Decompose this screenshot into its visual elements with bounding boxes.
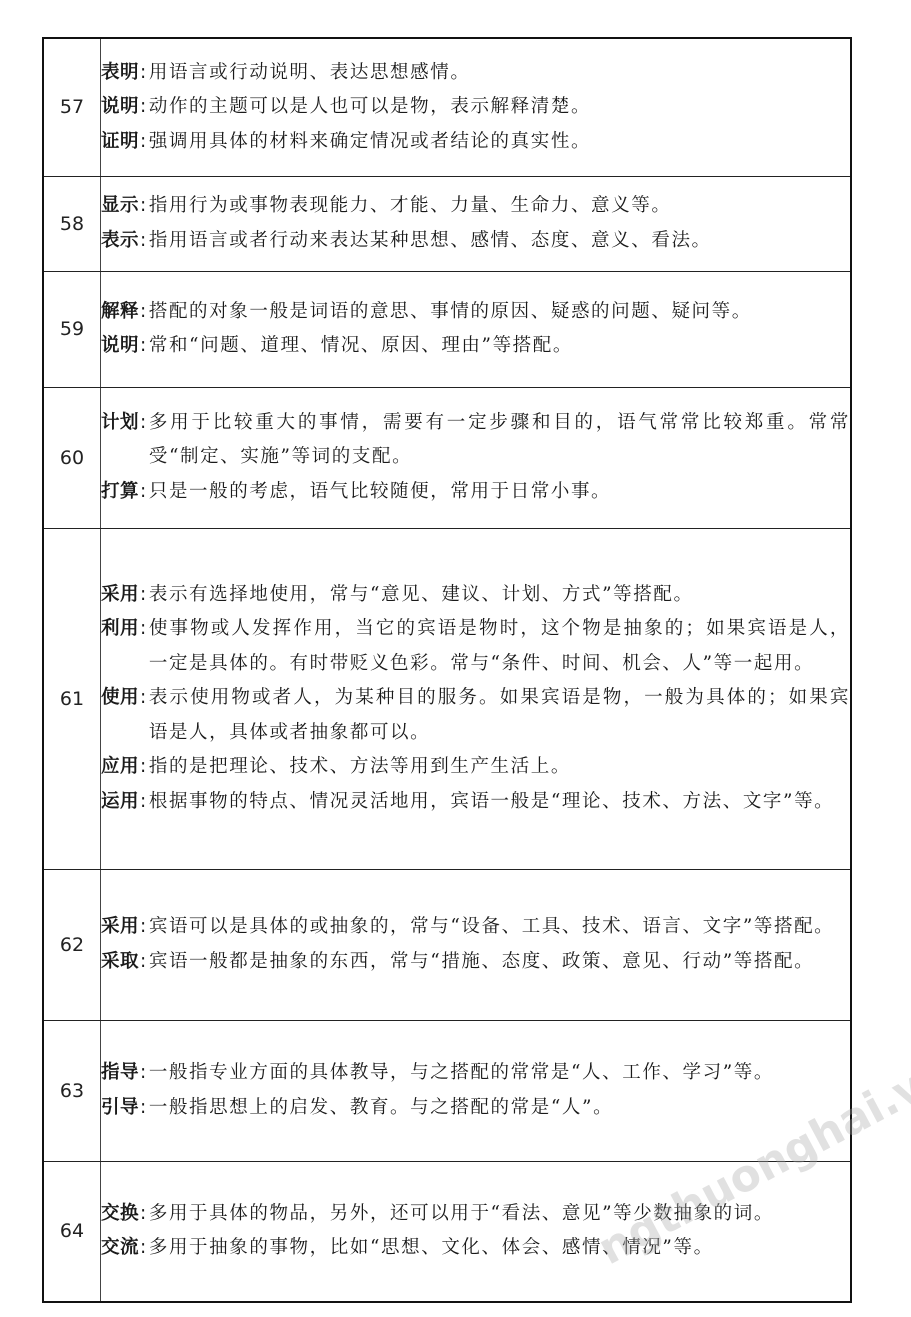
term-separator: : xyxy=(139,1197,149,1232)
table-row: 59 解释:搭配的对象一般是词语的意思、事情的原因、疑惑的问题、疑问等。 说明:… xyxy=(43,271,851,387)
word-entry: 计划:多用于比较重大的事情，需要有一定步骤和目的，语气常常比较郑重。常常受“制定… xyxy=(101,406,850,475)
word-definition: 动作的主题可以是人也可以是物，表示解释清楚。 xyxy=(149,90,850,125)
row-content: 采用:宾语可以是具体的或抽象的，常与“设备、工具、技术、语言、文字”等搭配。 采… xyxy=(101,869,852,1020)
word-term: 打算 xyxy=(101,475,139,510)
word-entry: 解释:搭配的对象一般是词语的意思、事情的原因、疑惑的问题、疑问等。 xyxy=(101,295,850,330)
term-separator: : xyxy=(139,910,149,945)
word-term: 采取 xyxy=(101,945,139,980)
word-entry: 使用:表示使用物或者人，为某种目的服务。如果宾语是物，一般为具体的；如果宾语是人… xyxy=(101,681,850,750)
row-content: 显示:指用行为或事物表现能力、才能、力量、生命力、意义等。 表示:指用语言或者行… xyxy=(101,176,852,271)
word-entry: 打算:只是一般的考虑，语气比较随便，常用于日常小事。 xyxy=(101,475,850,510)
word-definition: 用语言或行动说明、表达思想感情。 xyxy=(149,56,850,91)
word-entry: 采取:宾语一般都是抽象的东西，常与“措施、态度、政策、意见、行动”等搭配。 xyxy=(101,945,850,980)
word-entry: 表明:用语言或行动说明、表达思想感情。 xyxy=(101,56,850,91)
term-separator: : xyxy=(139,1231,149,1266)
word-comparison-table: 57 表明:用语言或行动说明、表达思想感情。 说明:动作的主题可以是人也可以是物… xyxy=(42,37,852,1303)
word-entry: 说明:常和“问题、道理、情况、原因、理由”等搭配。 xyxy=(101,329,850,364)
word-term: 交换 xyxy=(101,1197,139,1232)
table-row: 62 采用:宾语可以是具体的或抽象的，常与“设备、工具、技术、语言、文字”等搭配… xyxy=(43,869,851,1020)
word-definition: 使事物或人发挥作用，当它的宾语是物时，这个物是抽象的；如果宾语是人，一定是具体的… xyxy=(149,612,850,681)
term-separator: : xyxy=(139,224,149,259)
word-definition: 一般指思想上的启发、教育。与之搭配的常是“人”。 xyxy=(149,1091,850,1126)
term-separator: : xyxy=(139,945,149,980)
word-definition: 多用于具体的物品，另外，还可以用于“看法、意见”等少数抽象的词。 xyxy=(149,1197,850,1232)
word-definition: 根据事物的特点、情况灵活地用，宾语一般是“理论、技术、方法、文字”等。 xyxy=(149,785,850,820)
word-definition: 多用于比较重大的事情，需要有一定步骤和目的，语气常常比较郑重。常常受“制定、实施… xyxy=(149,406,850,475)
term-separator: : xyxy=(139,406,149,441)
term-separator: : xyxy=(139,578,149,613)
word-definition: 表示使用物或者人，为某种目的服务。如果宾语是物，一般为具体的；如果宾语是人，具体… xyxy=(149,681,850,750)
term-separator: : xyxy=(139,189,149,224)
row-number: 62 xyxy=(43,869,101,1020)
word-entry: 证明:强调用具体的材料来确定情况或者结论的真实性。 xyxy=(101,125,850,160)
term-separator: : xyxy=(139,1091,149,1126)
row-number: 57 xyxy=(43,38,101,176)
word-term: 证明 xyxy=(101,125,139,160)
word-term: 利用 xyxy=(101,612,139,647)
word-term: 引导 xyxy=(101,1091,139,1126)
row-content: 解释:搭配的对象一般是词语的意思、事情的原因、疑惑的问题、疑问等。 说明:常和“… xyxy=(101,271,852,387)
word-entry: 交换:多用于具体的物品，另外，还可以用于“看法、意见”等少数抽象的词。 xyxy=(101,1197,850,1232)
word-term: 说明 xyxy=(101,329,139,364)
term-separator: : xyxy=(139,1056,149,1091)
table-body: 57 表明:用语言或行动说明、表达思想感情。 说明:动作的主题可以是人也可以是物… xyxy=(43,38,851,1302)
row-content: 交换:多用于具体的物品，另外，还可以用于“看法、意见”等少数抽象的词。 交流:多… xyxy=(101,1161,852,1302)
word-term: 表明 xyxy=(101,56,139,91)
row-content: 表明:用语言或行动说明、表达思想感情。 说明:动作的主题可以是人也可以是物，表示… xyxy=(101,38,852,176)
word-definition: 指用行为或事物表现能力、才能、力量、生命力、意义等。 xyxy=(149,189,850,224)
word-definition: 指的是把理论、技术、方法等用到生产生活上。 xyxy=(149,750,850,785)
row-number: 64 xyxy=(43,1161,101,1302)
word-entry: 指导:一般指专业方面的具体教导，与之搭配的常常是“人、工作、学习”等。 xyxy=(101,1056,850,1091)
word-entry: 采用:表示有选择地使用，常与“意见、建议、计划、方式”等搭配。 xyxy=(101,578,850,613)
word-term: 使用 xyxy=(101,681,139,716)
word-entry: 运用:根据事物的特点、情况灵活地用，宾语一般是“理论、技术、方法、文字”等。 xyxy=(101,785,850,820)
word-term: 应用 xyxy=(101,750,139,785)
term-separator: : xyxy=(139,612,149,647)
term-separator: : xyxy=(139,125,149,160)
word-term: 表示 xyxy=(101,224,139,259)
term-separator: : xyxy=(139,475,149,510)
row-number: 59 xyxy=(43,271,101,387)
row-number: 63 xyxy=(43,1020,101,1161)
word-entry: 引导:一般指思想上的启发、教育。与之搭配的常是“人”。 xyxy=(101,1091,850,1126)
word-term: 采用 xyxy=(101,910,139,945)
term-separator: : xyxy=(139,295,149,330)
table-row: 60 计划:多用于比较重大的事情，需要有一定步骤和目的，语气常常比较郑重。常常受… xyxy=(43,387,851,528)
term-separator: : xyxy=(139,90,149,125)
word-definition: 常和“问题、道理、情况、原因、理由”等搭配。 xyxy=(149,329,850,364)
word-definition: 指用语言或者行动来表达某种思想、感情、态度、意义、看法。 xyxy=(149,224,850,259)
term-separator: : xyxy=(139,750,149,785)
word-definition: 一般指专业方面的具体教导，与之搭配的常常是“人、工作、学习”等。 xyxy=(149,1056,850,1091)
word-term: 采用 xyxy=(101,578,139,613)
table-row: 64 交换:多用于具体的物品，另外，还可以用于“看法、意见”等少数抽象的词。 交… xyxy=(43,1161,851,1302)
word-term: 说明 xyxy=(101,90,139,125)
row-number: 60 xyxy=(43,387,101,528)
table-row: 58 显示:指用行为或事物表现能力、才能、力量、生命力、意义等。 表示:指用语言… xyxy=(43,176,851,271)
word-definition: 只是一般的考虑，语气比较随便，常用于日常小事。 xyxy=(149,475,850,510)
word-entry: 说明:动作的主题可以是人也可以是物，表示解释清楚。 xyxy=(101,90,850,125)
row-content: 指导:一般指专业方面的具体教导，与之搭配的常常是“人、工作、学习”等。 引导:一… xyxy=(101,1020,852,1161)
row-number: 61 xyxy=(43,528,101,869)
word-entry: 显示:指用行为或事物表现能力、才能、力量、生命力、意义等。 xyxy=(101,189,850,224)
term-separator: : xyxy=(139,681,149,716)
word-definition: 宾语可以是具体的或抽象的，常与“设备、工具、技术、语言、文字”等搭配。 xyxy=(149,910,850,945)
row-content: 计划:多用于比较重大的事情，需要有一定步骤和目的，语气常常比较郑重。常常受“制定… xyxy=(101,387,852,528)
word-entry: 采用:宾语可以是具体的或抽象的，常与“设备、工具、技术、语言、文字”等搭配。 xyxy=(101,910,850,945)
word-term: 运用 xyxy=(101,785,139,820)
table-row: 63 指导:一般指专业方面的具体教导，与之搭配的常常是“人、工作、学习”等。 引… xyxy=(43,1020,851,1161)
word-definition: 搭配的对象一般是词语的意思、事情的原因、疑惑的问题、疑问等。 xyxy=(149,295,850,330)
word-definition: 多用于抽象的事物，比如“思想、文化、体会、感情、情况”等。 xyxy=(149,1231,850,1266)
word-term: 计划 xyxy=(101,406,139,441)
word-term: 交流 xyxy=(101,1231,139,1266)
word-entry: 利用:使事物或人发挥作用，当它的宾语是物时，这个物是抽象的；如果宾语是人，一定是… xyxy=(101,612,850,681)
word-definition: 表示有选择地使用，常与“意见、建议、计划、方式”等搭配。 xyxy=(149,578,850,613)
word-entry: 表示:指用语言或者行动来表达某种思想、感情、态度、意义、看法。 xyxy=(101,224,850,259)
term-separator: : xyxy=(139,785,149,820)
word-term: 解释 xyxy=(101,295,139,330)
document-page: 57 表明:用语言或行动说明、表达思想感情。 说明:动作的主题可以是人也可以是物… xyxy=(0,0,911,1317)
term-separator: : xyxy=(139,329,149,364)
row-number: 58 xyxy=(43,176,101,271)
row-content: 采用:表示有选择地使用，常与“意见、建议、计划、方式”等搭配。 利用:使事物或人… xyxy=(101,528,852,869)
word-term: 显示 xyxy=(101,189,139,224)
word-term: 指导 xyxy=(101,1056,139,1091)
table-row: 57 表明:用语言或行动说明、表达思想感情。 说明:动作的主题可以是人也可以是物… xyxy=(43,38,851,176)
table-row: 61 采用:表示有选择地使用，常与“意见、建议、计划、方式”等搭配。 利用:使事… xyxy=(43,528,851,869)
word-entry: 应用:指的是把理论、技术、方法等用到生产生活上。 xyxy=(101,750,850,785)
word-entry: 交流:多用于抽象的事物，比如“思想、文化、体会、感情、情况”等。 xyxy=(101,1231,850,1266)
word-definition: 宾语一般都是抽象的东西，常与“措施、态度、政策、意见、行动”等搭配。 xyxy=(149,945,850,980)
term-separator: : xyxy=(139,56,149,91)
word-definition: 强调用具体的材料来确定情况或者结论的真实性。 xyxy=(149,125,850,160)
